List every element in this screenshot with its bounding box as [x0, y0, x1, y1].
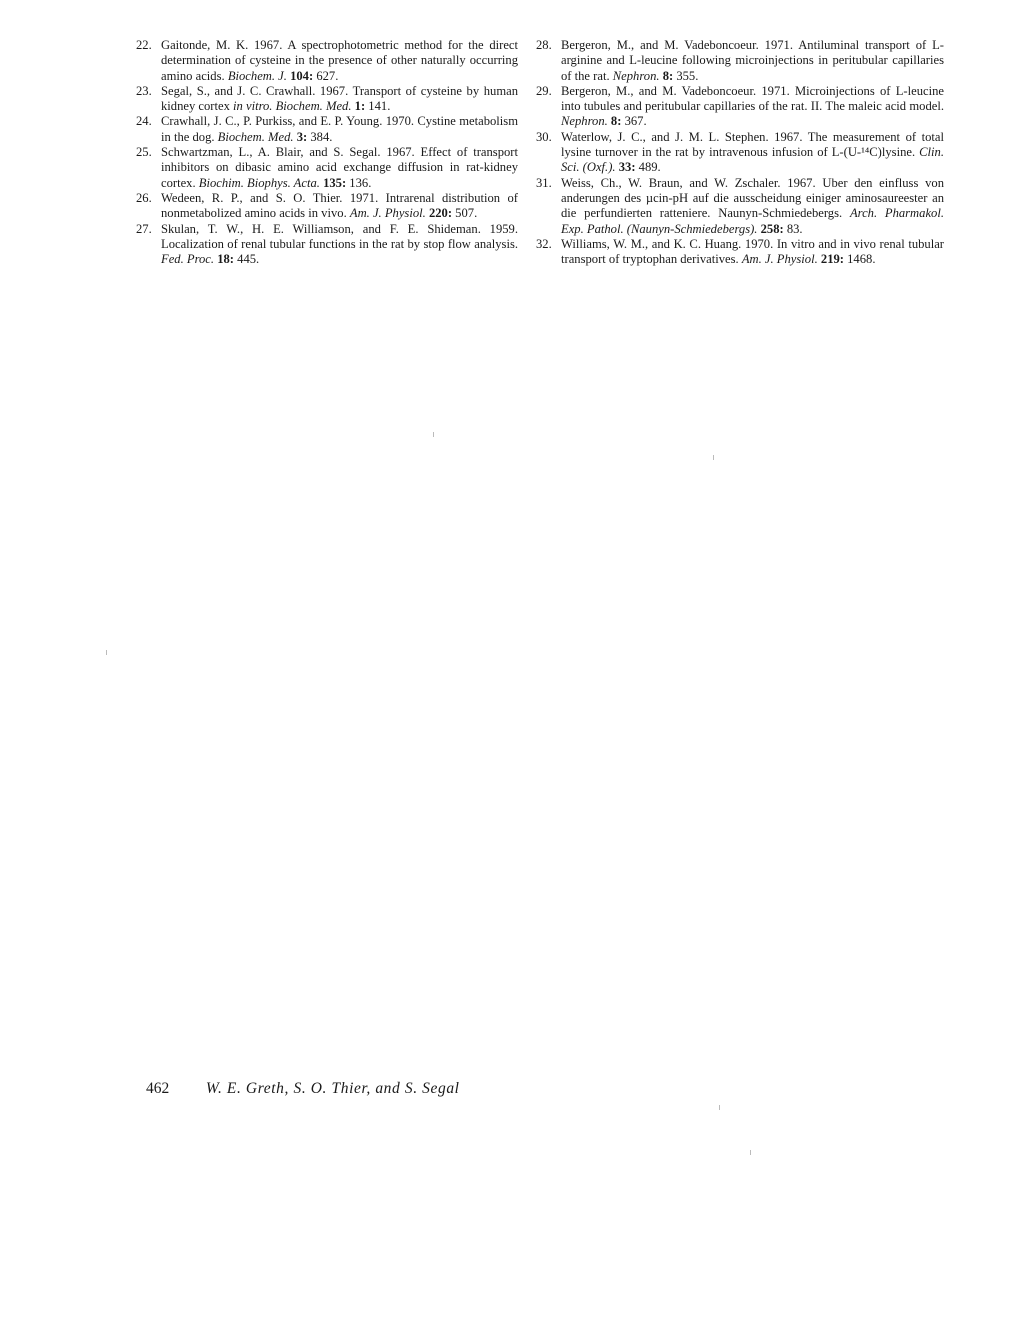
reference-number: 28.: [536, 38, 558, 53]
reference-number: 23.: [136, 84, 158, 99]
citation-text: Skulan, T. W., H. E. Williamson, and F. …: [161, 222, 518, 251]
volume-number: 33:: [619, 160, 636, 174]
scan-speck: [433, 432, 434, 437]
reference-entry: 28.Bergeron, M., and M. Vadeboncoeur. 19…: [536, 38, 944, 84]
citation-text: 1468.: [844, 252, 875, 266]
reference-entry: 32.Williams, W. M., and K. C. Huang. 197…: [536, 237, 944, 268]
journal-title: Am. J. Physiol.: [350, 206, 426, 220]
reference-text: Waterlow, J. C., and J. M. L. Stephen. 1…: [561, 130, 944, 176]
reference-number: 32.: [536, 237, 558, 252]
references-right-column: 28.Bergeron, M., and M. Vadeboncoeur. 19…: [536, 38, 944, 267]
citation-text: 507.: [452, 206, 477, 220]
reference-text: Gaitonde, M. K. 1967. A spectrophotometr…: [161, 38, 518, 84]
volume-number: 1:: [355, 99, 366, 113]
citation-text: Waterlow, J. C., and J. M. L. Stephen. 1…: [561, 130, 944, 159]
reference-text: Wedeen, R. P., and S. O. Thier. 1971. In…: [161, 191, 518, 222]
reference-entry: 26.Wedeen, R. P., and S. O. Thier. 1971.…: [136, 191, 518, 222]
citation-text: Bergeron, M., and M. Vadeboncoeur. 1971.…: [561, 84, 944, 113]
reference-entry: 24.Crawhall, J. C., P. Purkiss, and E. P…: [136, 114, 518, 145]
journal-title: Biochem. J.: [228, 69, 287, 83]
citation-text: 627.: [313, 69, 338, 83]
reference-number: 25.: [136, 145, 158, 160]
reference-number: 30.: [536, 130, 558, 145]
scan-speck: [719, 1105, 720, 1110]
volume-number: 104:: [290, 69, 313, 83]
volume-number: 8:: [663, 69, 674, 83]
journal-title: Biochem. Med.: [218, 130, 294, 144]
reference-entry: 25.Schwartzman, L., A. Blair, and S. Seg…: [136, 145, 518, 191]
scan-speck: [713, 455, 714, 460]
citation-text: 355.: [673, 69, 698, 83]
reference-number: 29.: [536, 84, 558, 99]
page-number: 462: [146, 1080, 202, 1098]
reference-text: Schwartzman, L., A. Blair, and S. Segal.…: [161, 145, 518, 191]
volume-number: 3:: [297, 130, 308, 144]
journal-title: Biochim. Biophys. Acta.: [199, 176, 320, 190]
volume-number: 18:: [217, 252, 234, 266]
volume-number: 8:: [611, 114, 622, 128]
reference-number: 22.: [136, 38, 158, 53]
scan-speck: [750, 1150, 751, 1155]
journal-title: Nephron.: [561, 114, 608, 128]
citation-text: 136.: [346, 176, 371, 190]
reference-text: Williams, W. M., and K. C. Huang. 1970. …: [561, 237, 944, 268]
citation-text: 384.: [307, 130, 332, 144]
running-authors: W. E. Greth, S. O. Thier, and S. Segal: [206, 1080, 460, 1097]
citation-text: 83.: [784, 222, 803, 236]
volume-number: 258:: [761, 222, 784, 236]
journal-title: Am. J. Physiol.: [742, 252, 818, 266]
reference-entry: 29.Bergeron, M., and M. Vadeboncoeur. 19…: [536, 84, 944, 130]
volume-number: 135:: [323, 176, 346, 190]
reference-entry: 22.Gaitonde, M. K. 1967. A spectrophotom…: [136, 38, 518, 84]
reference-number: 24.: [136, 114, 158, 129]
journal-title: Fed. Proc.: [161, 252, 214, 266]
reference-number: 27.: [136, 222, 158, 237]
reference-entry: 31.Weiss, Ch., W. Braun, and W. Zschaler…: [536, 176, 944, 237]
citation-text: 445.: [234, 252, 259, 266]
reference-text: Bergeron, M., and M. Vadeboncoeur. 1971.…: [561, 84, 944, 130]
volume-number: 220:: [429, 206, 452, 220]
reference-text: Segal, S., and J. C. Crawhall. 1967. Tra…: [161, 84, 518, 115]
volume-number: 219:: [821, 252, 844, 266]
citation-text: Gaitonde, M. K. 1967. A spectrophotometr…: [161, 38, 518, 83]
reference-number: 31.: [536, 176, 558, 191]
reference-text: Bergeron, M., and M. Vadeboncoeur. 1971.…: [561, 38, 944, 84]
citation-text: 141.: [365, 99, 390, 113]
reference-text: Crawhall, J. C., P. Purkiss, and E. P. Y…: [161, 114, 518, 145]
journal-title: Nephron.: [613, 69, 660, 83]
journal-title: in vitro. Biochem. Med.: [233, 99, 351, 113]
citation-text: 367.: [621, 114, 646, 128]
reference-entry: 27.Skulan, T. W., H. E. Williamson, and …: [136, 222, 518, 268]
reference-text: Weiss, Ch., W. Braun, and W. Zschaler. 1…: [561, 176, 944, 237]
citation-text: 489.: [636, 160, 661, 174]
page-footer: 462 W. E. Greth, S. O. Thier, and S. Seg…: [146, 1080, 460, 1098]
references-left-column: 22.Gaitonde, M. K. 1967. A spectrophotom…: [136, 38, 518, 267]
citation-text: Crawhall, J. C., P. Purkiss, and E. P. Y…: [161, 114, 518, 143]
scan-speck: [106, 650, 107, 655]
reference-number: 26.: [136, 191, 158, 206]
reference-entry: 30.Waterlow, J. C., and J. M. L. Stephen…: [536, 130, 944, 176]
reference-text: Skulan, T. W., H. E. Williamson, and F. …: [161, 222, 518, 268]
reference-entry: 23.Segal, S., and J. C. Crawhall. 1967. …: [136, 84, 518, 115]
